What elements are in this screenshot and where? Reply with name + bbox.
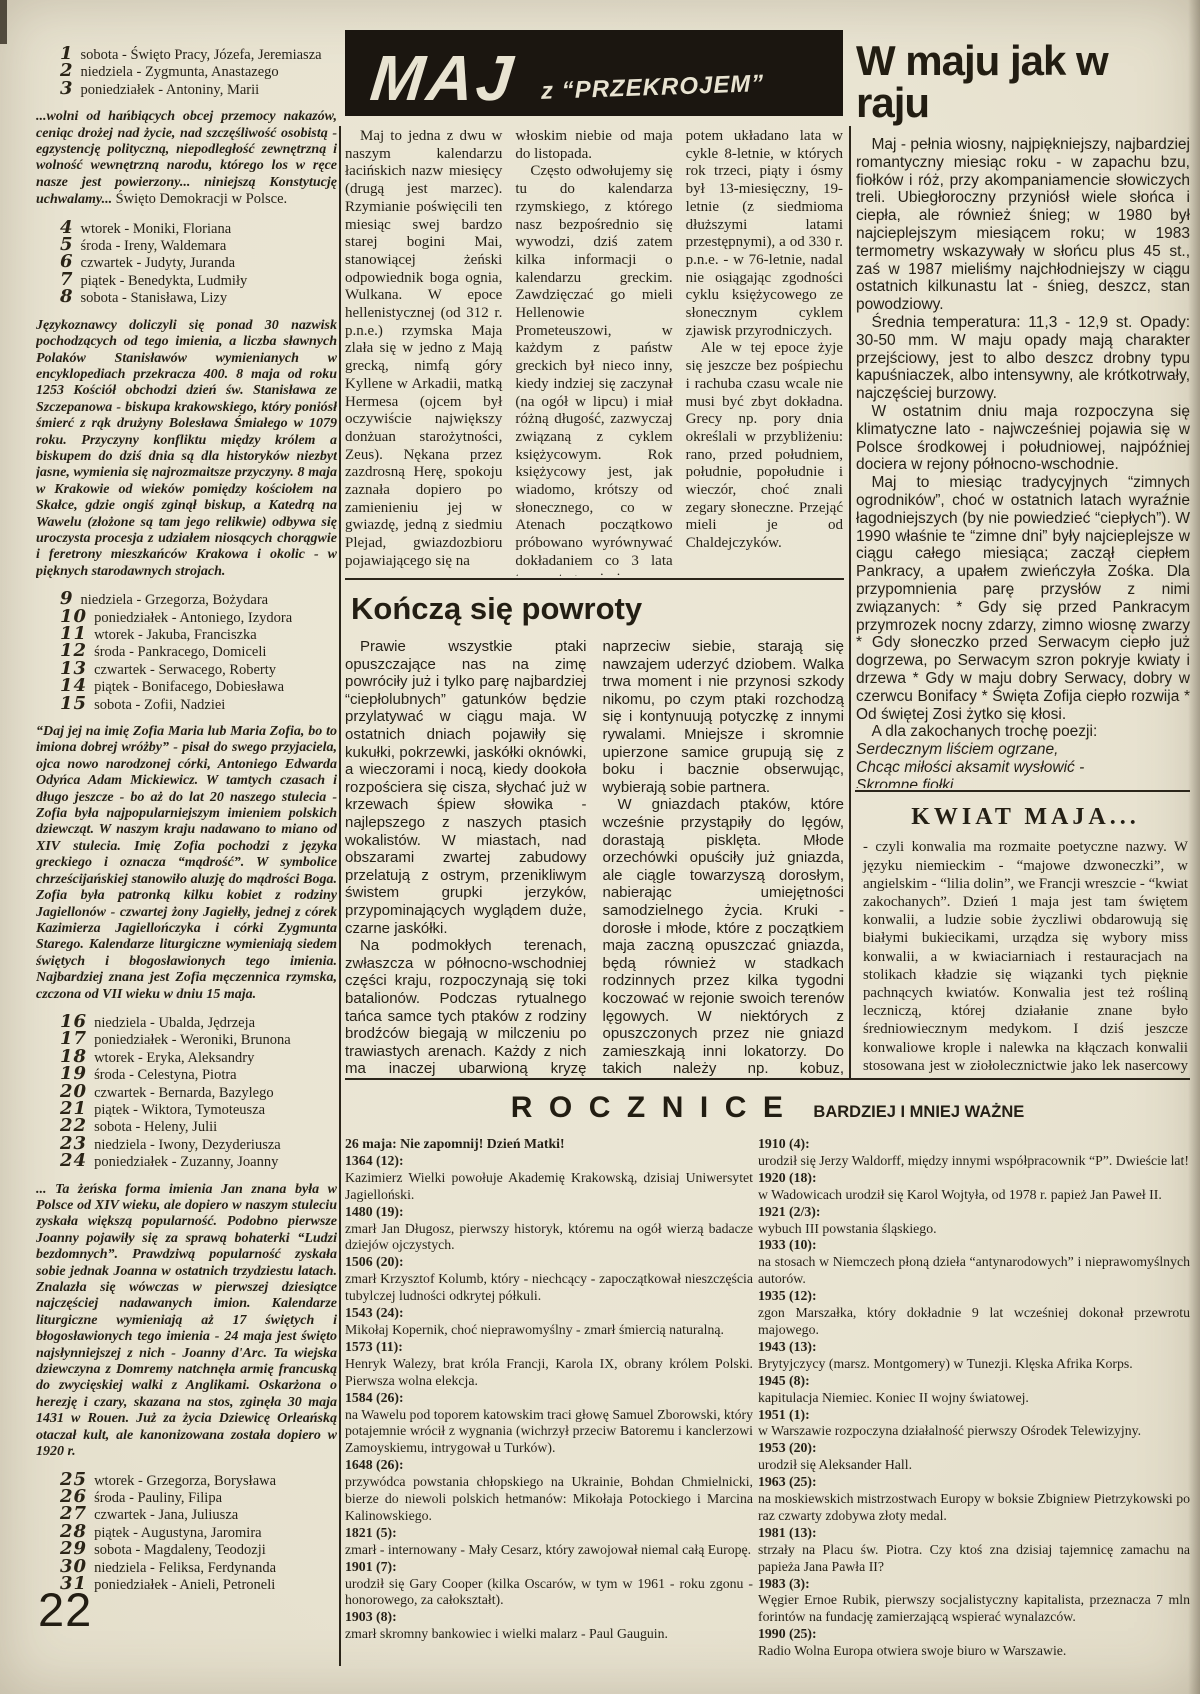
anniversary-entry: 1935 (12): zgon Marszałka, który dokładn… [758,1288,1190,1339]
day-names: piątek - Bonifacego, Dobiesława [94,679,284,695]
calendar-day: 20czwartek - Bernarda, Bazylego [60,1084,337,1101]
day-names: poniedziałek - Antoniego, Izydora [94,610,292,626]
calendar-day: 14piątek - Bonifacego, Dobiesława [60,678,337,695]
article-column-3: potem układano lata w cykle 8-letnie, w … [686,128,843,576]
anniversary-year: 1981 (13): [758,1525,1190,1542]
anniversary-entry: 1584 (26): na Wawelu pod toporem katowsk… [345,1390,753,1458]
anniversary-year: 1935 (12): [758,1288,1190,1305]
poem-line: Serdecznym liściem ogrzane, [856,741,1190,759]
anniversary-year: 1480 (19): [345,1204,753,1221]
birds-paragraph: naprzeciw siebie, starają się nawzajem u… [603,638,845,796]
day-names: czwartek - Jana, Juliusza [94,1507,238,1523]
calendar-days-9-15: 9niedziela - Grzegorza, Bożydara 10ponie… [60,591,337,713]
anniversary-text: urodził się Jerzy Waldorff, między innym… [758,1153,1190,1170]
poem-line: Chcąc miłości aksamit wysłowić - [856,759,1190,777]
anniversary-text: Mikołaj Kopernik, choć nieprawomyślny - … [345,1322,753,1339]
calendar-days-25-31: 25wtorek - Grzegorza, Borysława 26środa … [60,1472,337,1594]
article-paragraph: Maj to jedna z dwu w naszym kalendarzu ł… [345,128,502,571]
birds-paragraph: Prawie wszystkie ptaki opuszczające nas … [345,638,587,937]
weather-paragraph: Maj - pełnia wiosny, najpiękniejszy, naj… [856,136,1190,314]
calendar-day: 18wtorek - Eryka, Aleksandry [60,1049,337,1066]
anniversaries-subtitle: BARDZIEJ I MNIEJ WAŻNE [813,1103,1024,1121]
calendar-note-constitution: ...wolni od hańbiących obcej przemocy na… [36,109,337,208]
day-names: poniedziałek - Anieli, Petroneli [94,1577,275,1593]
anniversary-year: 1951 (1): [758,1407,1190,1424]
calendar-day: 8sobota - Stanisława, Lizy [60,289,337,306]
anniversary-text: przywódca powstania chłopskiego na Ukrai… [345,1474,753,1525]
anniversary-text: urodził się Aleksander Hall. [758,1457,1190,1474]
magazine-page: 1sobota - Święto Pracy, Józefa, Jeremias… [0,0,1200,1694]
anniversary-entry: 1981 (13): strzały na Placu św. Piotra. … [758,1525,1190,1576]
anniversaries-column-right: 1910 (4): urodził się Jerzy Waldorff, mi… [758,1136,1190,1688]
day-names: niedziela - Feliksa, Ferdynanda [94,1560,276,1576]
anniversary-text: Kazimierz Wielki powołuje Akademię Krako… [345,1170,753,1204]
note-caption: Święto Demokracji w Polsce. [116,191,288,207]
article-paragraph: włoskim niebie od maja do listopada. [515,128,672,163]
anniversary-year: 1506 (20): [345,1254,753,1271]
calendar-day: 24poniedziałek - Zuzanny, Joanny [60,1153,337,1170]
anniversary-text: zmarł Krzysztof Kolumb, który - niechcąc… [345,1271,753,1305]
anniversary-entry: 1821 (5): zmarł - internowany - Mały Ces… [345,1525,753,1559]
calendar-note-zofia: “Daj jej na imię Zofia Maria lub Maria Z… [36,724,337,1003]
anniversary-entry: 1951 (1): w Warszawie rozpoczyna działal… [758,1407,1190,1441]
day-number: 8 [60,286,74,307]
calendar-column: 1sobota - Święto Pracy, Józefa, Jeremias… [36,46,337,1594]
calendar-day: 11wtorek - Jakuba, Franciszka [60,626,337,643]
anniversary-entry: 1910 (4): urodził się Jerzy Waldorff, mi… [758,1136,1190,1170]
anniversary-year: 1910 (4): [758,1136,1190,1153]
anniversary-year: 1901 (7): [345,1559,753,1576]
day-names: czwartek - Judyty, Juranda [81,255,235,271]
calendar-day: 16niedziela - Ubalda, Jędrzeja [60,1014,337,1031]
page-number: 22 [38,1586,92,1633]
calendar-day: 26środa - Pauliny, Filipa [60,1489,337,1506]
weather-article: W maju jak w raju Maj - pełnia wiosny, n… [856,40,1190,788]
calendar-day: 17poniedziałek - Weroniki, Brunona [60,1031,337,1048]
calendar-day: 15sobota - Zofii, Nadziei [60,696,337,713]
flower-box: KWIAT MAJA... - czyli konwalia ma rozmai… [855,790,1190,1078]
anniversary-text: na stosach w Niemczech płoną dzieła “ant… [758,1254,1190,1288]
day-names: czwartek - Bernarda, Bazylego [94,1085,274,1101]
day-names: sobota - Stanisława, Lizy [81,290,228,306]
calendar-days-1-3: 1sobota - Święto Pracy, Józefa, Jeremias… [60,46,337,98]
anniversary-year: 1920 (18): [758,1170,1190,1187]
day-names: wtorek - Moniki, Floriana [81,221,232,237]
anniversaries-header: ROCZNICE BARDZIEJ I MNIEJ WAŻNE [345,1090,1190,1134]
weather-article-body: Maj - pełnia wiosny, najpiękniejszy, naj… [856,136,1190,741]
anniversary-year: 1364 (12): [345,1153,753,1170]
calendar-day: 9niedziela - Grzegorza, Bożydara [60,591,337,608]
day-names: środa - Pankracego, Domiceli [94,644,266,660]
calendar-day: 30niedziela - Feliksa, Ferdynanda [60,1559,337,1576]
anniversary-entry: 1921 (2/3): wybuch III powstania śląskie… [758,1204,1190,1238]
calendar-day: 12środa - Pankracego, Domiceli [60,643,337,660]
day-names: niedziela - Zygmunta, Anastazego [81,64,279,80]
day-names: wtorek - Jakuba, Franciszka [94,627,257,643]
section-divider-bottom [345,1078,1190,1080]
calendar-days-4-8: 4wtorek - Moniki, Floriana 5środa - Iren… [60,220,337,307]
anniversary-entry: 1963 (25): na moskiewskich mistrzostwach… [758,1474,1190,1525]
day-names: poniedziałek - Weroniki, Brunona [94,1032,291,1048]
flower-box-title: KWIAT MAJA... [863,804,1188,830]
calendar-day: 27czwartek - Jana, Juliusza [60,1506,337,1523]
calendar-day: 3poniedziałek - Antoniny, Marii [60,81,337,98]
day-number: 24 [60,1150,87,1171]
poem: Serdecznym liściem ogrzane,Chcąc miłości… [856,741,1190,788]
anniversaries-title: ROCZNICE [511,1091,800,1124]
anniversary-text: na Wawelu pod toporem katowskim traci gł… [345,1407,753,1458]
calendar-day: 2niedziela - Zygmunta, Anastazego [60,63,337,80]
anniversary-year: 1943 (13): [758,1339,1190,1356]
anniversary-entry: 1480 (19): zmarł Jan Długosz, pierwszy h… [345,1204,753,1255]
day-names: piątek - Benedykta, Ludmiły [81,273,248,289]
anniversary-entry: 1990 (25): Radio Wolna Europa otwiera sw… [758,1626,1190,1660]
weather-paragraph: A dla zakochanych trochę poezji: [856,723,1190,741]
poem-line: Skromne fiołki [856,777,1190,788]
anniversary-entry: 1920 (18): w Wadowicach urodził się Karo… [758,1170,1190,1204]
day-number: 3 [60,78,74,99]
day-names: poniedziałek - Zuzanny, Joanny [94,1154,278,1170]
calendar-note-joanna: ... Ta żeńska forma imienia Jan znana by… [36,1182,337,1461]
anniversary-year: 1584 (26): [345,1390,753,1407]
birds-paragraph: W gniazdach ptaków, które wcześnie przys… [603,796,845,1078]
birds-column-2: naprzeciw siebie, starają się nawzajem u… [603,638,845,1078]
anniversary-year: 1983 (3): [758,1576,1190,1593]
anniversary-year: 1963 (25): [758,1474,1190,1491]
day-names: sobota - Zofii, Nadziei [94,697,225,713]
calendar-day: 4wtorek - Moniki, Floriana [60,220,337,237]
anniversary-entry: 1933 (10): na stosach w Niemczech płoną … [758,1237,1190,1288]
article-paragraph: Często odwołujemy się tu do kalendarza r… [515,163,672,576]
birds-section: Kończą się powroty Prawie wszystkie ptak… [345,578,844,1078]
anniversary-entry: 1364 (12): Kazimierz Wielki powołuje Aka… [345,1153,753,1204]
anniversaries-lead: 26 maja: Nie zapomnij! Dzień Matki! [345,1136,753,1153]
calendar-day: 21piątek - Wiktora, Tymoteusza [60,1101,337,1118]
day-names: środa - Ireny, Waldemara [81,238,227,254]
flower-box-body: - czyli konwalia ma rozmaite poetyczne n… [863,838,1188,1078]
calendar-day: 25wtorek - Grzegorza, Borysława [60,1472,337,1489]
anniversary-entry: 1543 (24): Mikołaj Kopernik, choć niepra… [345,1305,753,1339]
anniversary-year: 1903 (8): [345,1609,753,1626]
calendar-day: 31poniedziałek - Anieli, Petroneli [60,1576,337,1593]
anniversary-text: zmarł skromny bankowiec i wielki malarz … [345,1626,753,1643]
anniversary-entry: 1983 (3): Węgier Ernoe Rubik, pierwszy s… [758,1576,1190,1627]
anniversary-entry: 1903 (8): zmarł skromny bankowiec i wiel… [345,1609,753,1643]
anniversary-entry: 1953 (20): urodził się Aleksander Hall. [758,1440,1190,1474]
anniversary-entry: 1945 (8): kapitulacja Niemiec. Koniec II… [758,1373,1190,1407]
anniversary-text: zmarł - internowany - Mały Cesarz, który… [345,1542,753,1559]
anniversary-year: 1648 (26): [345,1457,753,1474]
anniversary-text: Henryk Walezy, brat króla Francji, Karol… [345,1356,753,1390]
anniversaries-list-right: 1910 (4): urodził się Jerzy Waldorff, mi… [758,1136,1190,1660]
article-column-2: włoskim niebie od maja do listopada. Czę… [515,128,672,576]
anniversary-year: 1543 (24): [345,1305,753,1322]
day-names: wtorek - Grzegorza, Borysława [94,1473,276,1489]
article-column-1: Maj to jedna z dwu w naszym kalendarzu ł… [345,128,502,576]
anniversary-text: w Wadowicach urodził się Karol Wojtyła, … [758,1187,1190,1204]
anniversary-entry: 1573 (11): Henryk Walezy, brat króla Fra… [345,1339,753,1390]
anniversary-year: 1573 (11): [345,1339,753,1356]
calendar-day: 23niedziela - Iwony, Dezyderiusza [60,1136,337,1153]
weather-paragraph: Maj to miesiąc tradycyjnych “zimnych ogr… [856,474,1190,723]
day-names: piątek - Wiktora, Tymoteusza [94,1102,265,1118]
day-names: sobota - Święto Pracy, Józefa, Jeremiasz… [81,47,322,63]
article-paragraph: potem układano lata w cykle 8-letnie, w … [686,128,843,340]
anniversary-entry: 1901 (7): urodził się Gary Cooper (kilka… [345,1559,753,1610]
anniversary-text: Węgier Ernoe Rubik, pierwszy socjalistyc… [758,1592,1190,1626]
anniversary-year: 1933 (10): [758,1237,1190,1254]
calendar-day: 22sobota - Heleny, Julii [60,1118,337,1135]
day-names: wtorek - Eryka, Aleksandry [94,1050,254,1066]
calendar-day: 29sobota - Magdaleny, Teodozji [60,1541,337,1558]
day-names: środa - Celestyna, Piotra [94,1067,237,1083]
anniversary-entry: 1648 (26): przywódca powstania chłopskie… [345,1457,753,1525]
birds-paragraph: Na podmokłych terenach, zwłaszcza w półn… [345,937,587,1078]
birds-section-title: Kończą się powroty [351,592,844,626]
column-divider-left [339,126,341,1666]
masthead-banner: MAJ z “PRZEKROJEM” [345,30,843,116]
calendar-day: 1sobota - Święto Pracy, Józefa, Jeremias… [60,46,337,63]
anniversary-year: 1945 (8): [758,1373,1190,1390]
banner-subtitle: z “PRZEKROJEM” [541,72,765,104]
anniversary-text: Radio Wolna Europa otwiera swoje biuro w… [758,1643,1190,1660]
anniversary-entry: 1943 (13): Brytyjczycy (marsz. Montgomer… [758,1339,1190,1373]
calendar-days-16-24: 16niedziela - Ubalda, Jędrzeja 17poniedz… [60,1014,337,1171]
day-names: poniedziałek - Antoniny, Marii [81,82,260,98]
day-names: niedziela - Iwony, Dezyderiusza [94,1137,281,1153]
day-names: środa - Pauliny, Filipa [94,1490,222,1506]
column-divider-middle [849,126,851,1078]
anniversary-year: 1953 (20): [758,1440,1190,1457]
weather-article-title: W maju jak w raju [856,40,1190,124]
day-names: niedziela - Ubalda, Jędrzeja [94,1015,255,1031]
calendar-day: 13czwartek - Serwacego, Roberty [60,661,337,678]
weather-paragraph: W ostatnim dniu maja rozpoczyna się klim… [856,403,1190,474]
calendar-day: 6czwartek - Judyty, Juranda [60,254,337,271]
day-names: sobota - Magdaleny, Teodozji [94,1542,266,1558]
anniversary-text: zmarł Jan Długosz, pierwszy historyk, kt… [345,1221,753,1255]
anniversary-text: zgon Marszałka, który dokładnie 9 lat wc… [758,1305,1190,1339]
article-paragraph: Ale w tej epoce żyje się jeszcze bez poś… [686,340,843,552]
calendar-day: 5środa - Ireny, Waldemara [60,237,337,254]
calendar-note-stanislaw: Językoznawcy doliczyli się ponad 30 nazw… [36,318,337,581]
day-names: sobota - Heleny, Julii [94,1119,217,1135]
anniversary-text: strzały na Placu św. Piotra. Czy ktoś zn… [758,1542,1190,1576]
scan-corner-mark [0,0,7,44]
calendar-day: 7piątek - Benedykta, Ludmiły [60,272,337,289]
calendar-day: 19środa - Celestyna, Piotra [60,1066,337,1083]
calendar-history-article: Maj to jedna z dwu w naszym kalendarzu ł… [345,128,843,576]
calendar-day: 10poniedziałek - Antoniego, Izydora [60,609,337,626]
anniversary-year: 1921 (2/3): [758,1204,1190,1221]
anniversary-text: wybuch III powstania śląskiego. [758,1221,1190,1238]
anniversary-text: Brytyjczycy (marsz. Montgomery) w Tunezj… [758,1356,1190,1373]
anniversaries-column-left: 26 maja: Nie zapomnij! Dzień Matki! 1364… [345,1136,753,1682]
banner-month-title: MAJ [368,50,518,108]
anniversary-year: 1821 (5): [345,1525,753,1542]
day-number: 15 [60,693,87,714]
anniversaries-list-left: 1364 (12): Kazimierz Wielki powołuje Aka… [345,1153,753,1643]
anniversary-year: 1990 (25): [758,1626,1190,1643]
anniversary-text: urodził się Gary Cooper (kilka Oscarów, … [345,1576,753,1610]
calendar-day: 28piątek - Augustyna, Jaromira [60,1524,337,1541]
birds-column-1: Prawie wszystkie ptaki opuszczające nas … [345,638,587,1078]
anniversary-entry: 1506 (20): zmarł Krzysztof Kolumb, który… [345,1254,753,1305]
anniversary-text: kapitulacja Niemiec. Koniec II wojny świ… [758,1390,1190,1407]
anniversary-text: na moskiewskich mistrzostwach Europy w b… [758,1491,1190,1525]
day-names: piątek - Augustyna, Jaromira [94,1525,262,1541]
anniversary-text: w Warszawie rozpoczyna działalność pierw… [758,1423,1190,1440]
day-names: niedziela - Grzegorza, Bożydara [81,592,269,608]
weather-paragraph: Średnia temperatura: 11,3 - 12,9 st. Opa… [856,314,1190,403]
day-names: czwartek - Serwacego, Roberty [94,662,276,678]
